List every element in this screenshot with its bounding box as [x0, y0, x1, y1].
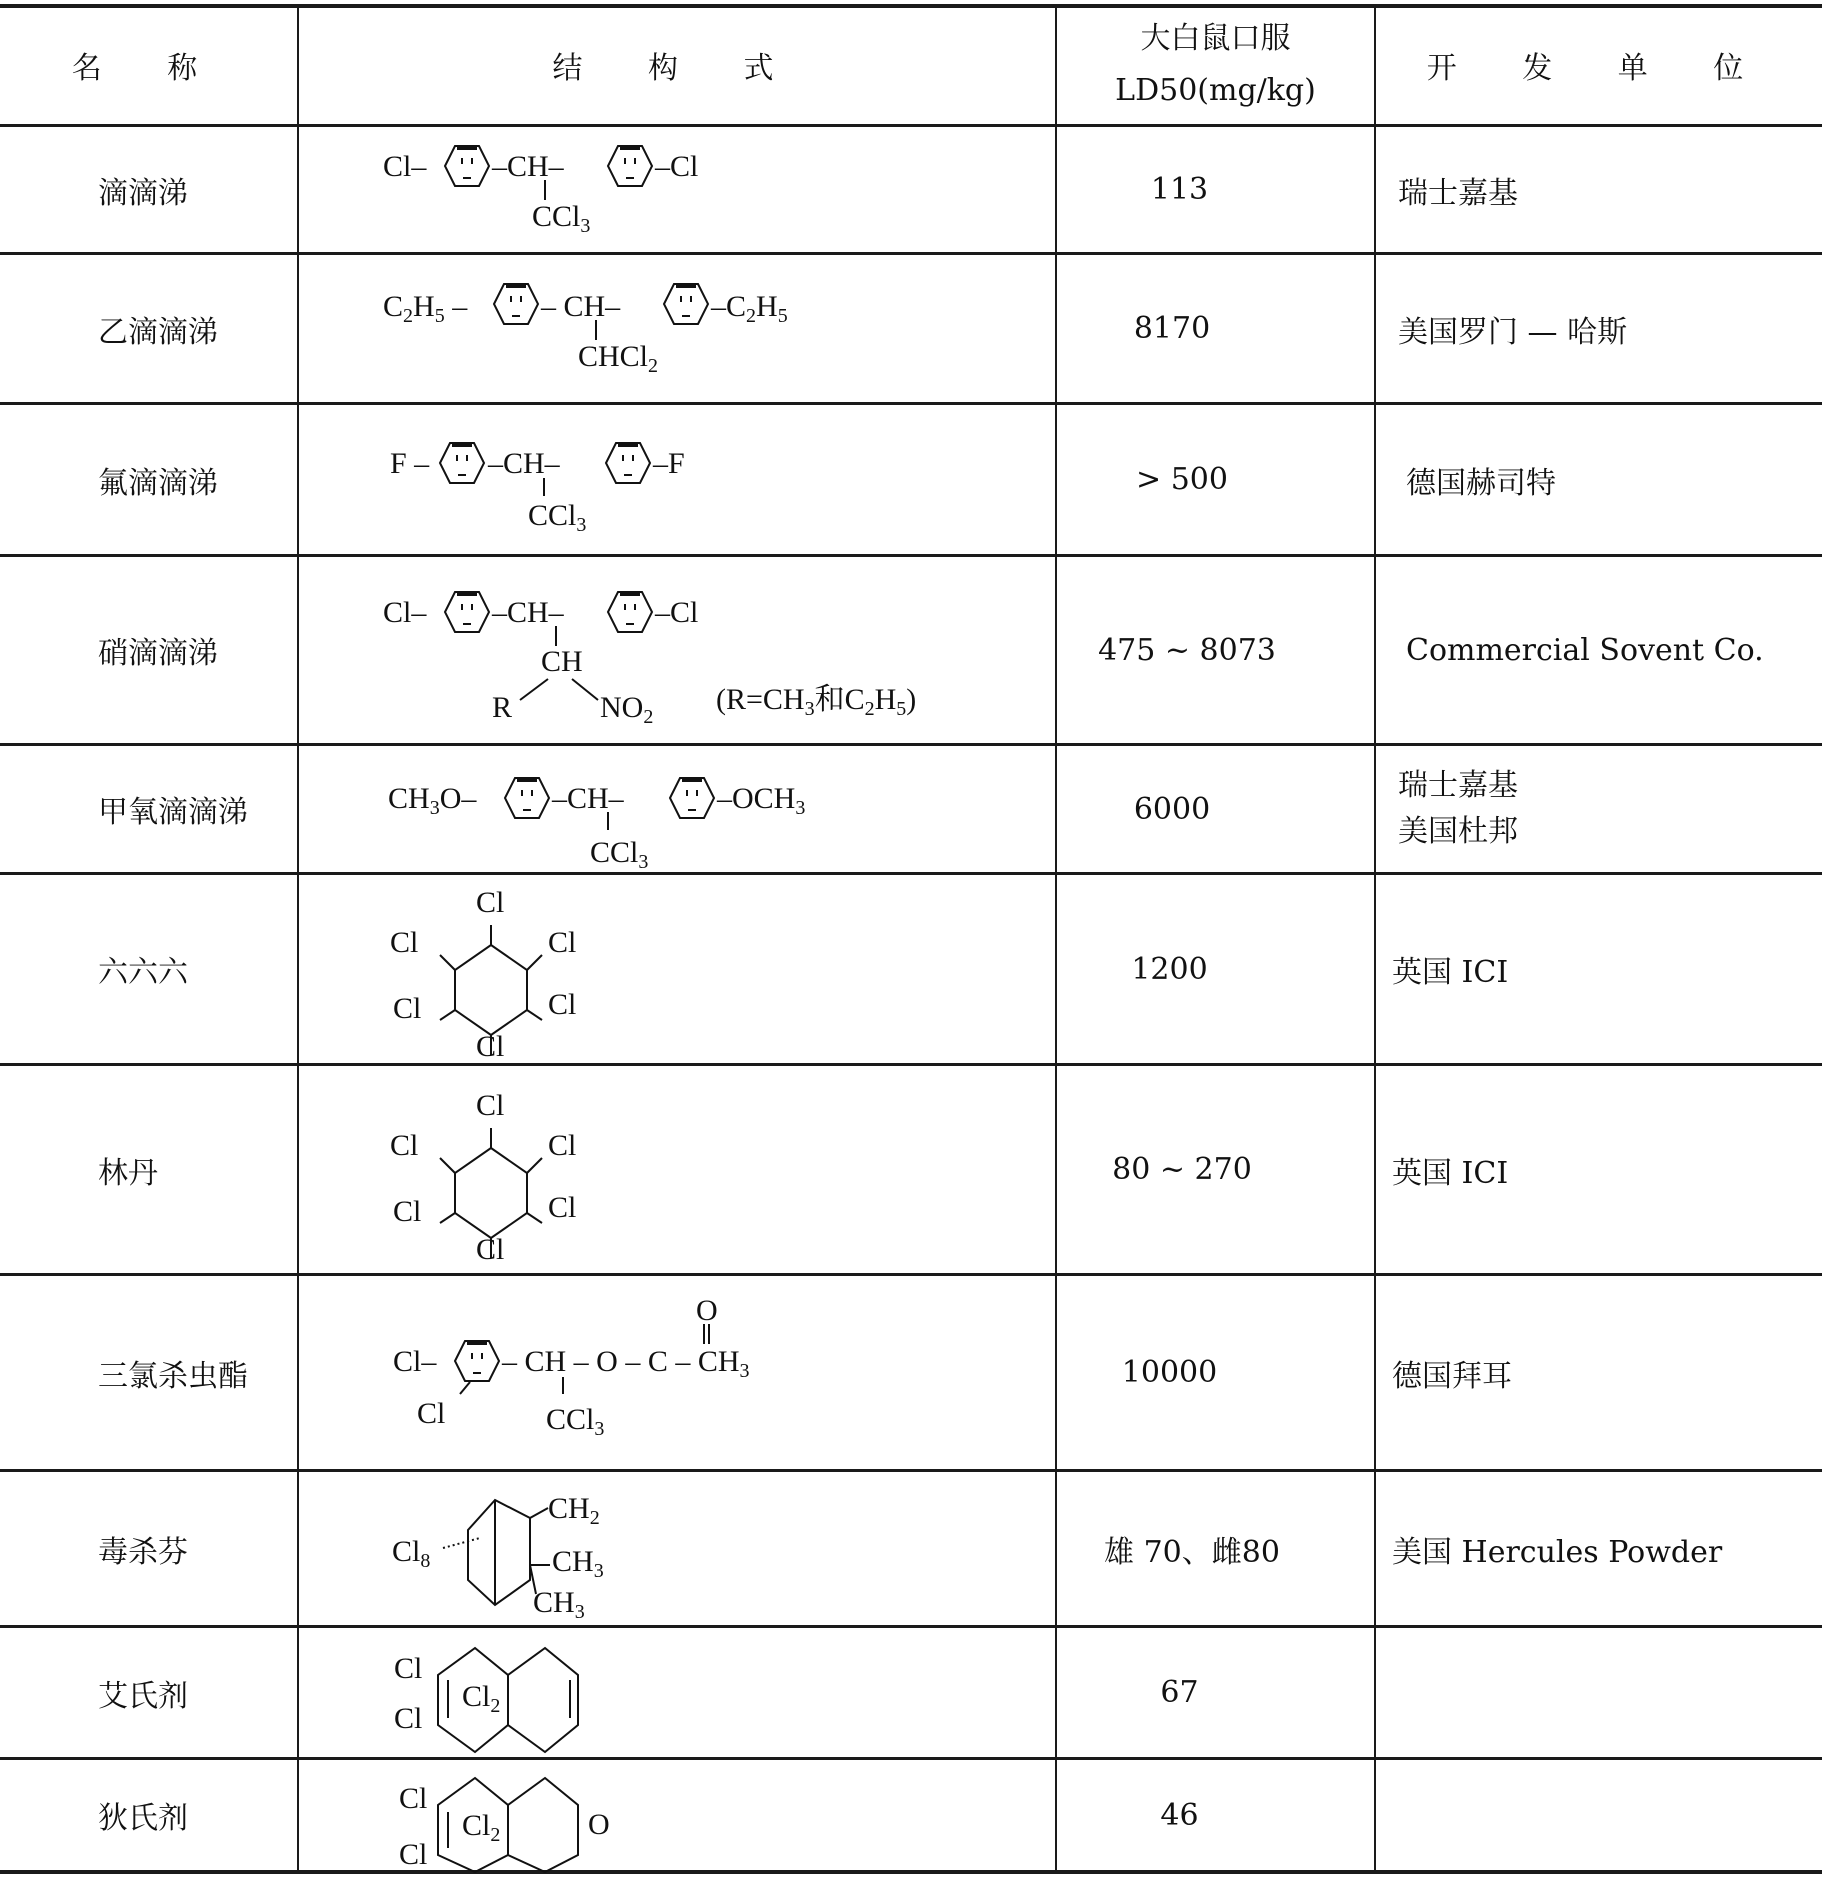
- svg-text:Cl: Cl: [393, 992, 421, 1025]
- svg-text:CH3: CH3: [552, 1545, 604, 1582]
- svg-text:Cl: Cl: [394, 1702, 422, 1735]
- svg-text:Cl: Cl: [394, 1652, 422, 1685]
- svg-text:– CH–: – CH–: [540, 290, 621, 323]
- svg-text:Cl: Cl: [548, 1191, 576, 1224]
- svg-text:Cl–: Cl–: [383, 150, 427, 183]
- svg-text:CH: CH: [541, 645, 583, 678]
- svg-text:Cl: Cl: [390, 1129, 418, 1162]
- svg-text:Cl: Cl: [399, 1838, 427, 1871]
- svg-text:Cl2: Cl2: [462, 1680, 500, 1717]
- svg-text:CHCl2: CHCl2: [578, 340, 658, 377]
- svg-text:–CH–: –CH–: [551, 782, 625, 815]
- svg-text:–CH–: –CH–: [491, 150, 565, 183]
- svg-text:CCl3: CCl3: [528, 499, 586, 536]
- svg-text:Cl: Cl: [476, 1089, 504, 1122]
- svg-text:Cl: Cl: [393, 1195, 421, 1228]
- svg-text:–CH–: –CH–: [487, 447, 561, 480]
- ddt-structure: Cl– –CH– –Cl CCl3: [383, 146, 698, 237]
- svg-text:–F: –F: [652, 447, 685, 480]
- svg-text:Cl: Cl: [476, 1233, 504, 1266]
- svg-text:CCl3: CCl3: [590, 836, 648, 873]
- svg-text:C2H5 –: C2H5 –: [383, 290, 468, 327]
- svg-text:Cl: Cl: [548, 926, 576, 959]
- svg-text:NO2: NO2: [600, 691, 653, 728]
- svg-text:CH3: CH3: [533, 1586, 585, 1623]
- svg-text:–OCH3: –OCH3: [716, 782, 805, 819]
- svg-text:Cl: Cl: [417, 1397, 445, 1430]
- lindane-structure: Cl Cl Cl Cl Cl Cl: [390, 1089, 576, 1266]
- dde-structure: C2H5 – – CH– –C2H5 CHCl2: [383, 284, 788, 377]
- svg-text:–CH–: –CH–: [491, 596, 565, 629]
- svg-text:CCl3: CCl3: [532, 200, 590, 237]
- svg-text:CCl3: CCl3: [546, 1403, 604, 1440]
- svg-text:O: O: [696, 1294, 718, 1327]
- svg-text:Cl8: Cl8: [392, 1535, 430, 1572]
- svg-text:–Cl: –Cl: [654, 596, 698, 629]
- svg-text:– CH – O – C – CH3: – CH – O – C – CH3: [501, 1345, 750, 1382]
- nitro-ddt-structure: Cl– –CH– –Cl CH R NO2 (R=CH3和C2H5): [383, 592, 916, 728]
- svg-text:CH2: CH2: [548, 1492, 600, 1529]
- tetrachlorvinphos-structure: Cl– – CH – O – C – CH3 O Cl CCl3: [393, 1294, 750, 1440]
- dieldrin-structure: Cl Cl2 O Cl: [399, 1778, 610, 1872]
- svg-text:O: O: [588, 1808, 610, 1841]
- fluoro-ddt-structure: F – –CH– –F CCl3: [390, 443, 685, 536]
- svg-text:Cl: Cl: [399, 1782, 427, 1815]
- aldrin-structure: Cl Cl2 Cl: [394, 1648, 578, 1752]
- svg-text:–C2H5: –C2H5: [710, 290, 788, 327]
- svg-text:Cl: Cl: [548, 1129, 576, 1162]
- svg-text:–Cl: –Cl: [654, 150, 698, 183]
- svg-text:Cl: Cl: [390, 926, 418, 959]
- svg-text:CH3O–: CH3O–: [388, 782, 477, 819]
- toxaphene-structure: CH2 Cl8 CH3 CH3: [392, 1492, 604, 1623]
- svg-text:Cl: Cl: [548, 988, 576, 1021]
- svg-text:Cl–: Cl–: [393, 1345, 437, 1378]
- svg-text:Cl–: Cl–: [383, 596, 427, 629]
- methoxychlor-structure: CH3O– –CH– –OCH3 CCl3: [388, 778, 805, 873]
- structure-diagrams: Cl– –CH– –Cl CCl3 C2H5 – – CH– –C2H5 CHC…: [0, 0, 1826, 1878]
- bhc-structure: Cl Cl Cl Cl Cl Cl: [390, 886, 576, 1063]
- svg-text:R: R: [492, 691, 512, 724]
- svg-text:Cl2: Cl2: [462, 1809, 500, 1846]
- svg-text:F –: F –: [390, 447, 430, 480]
- svg-text:Cl: Cl: [476, 1030, 504, 1063]
- svg-text:Cl: Cl: [476, 886, 504, 919]
- svg-text:(R=CH3和C2H5): (R=CH3和C2H5): [716, 683, 916, 720]
